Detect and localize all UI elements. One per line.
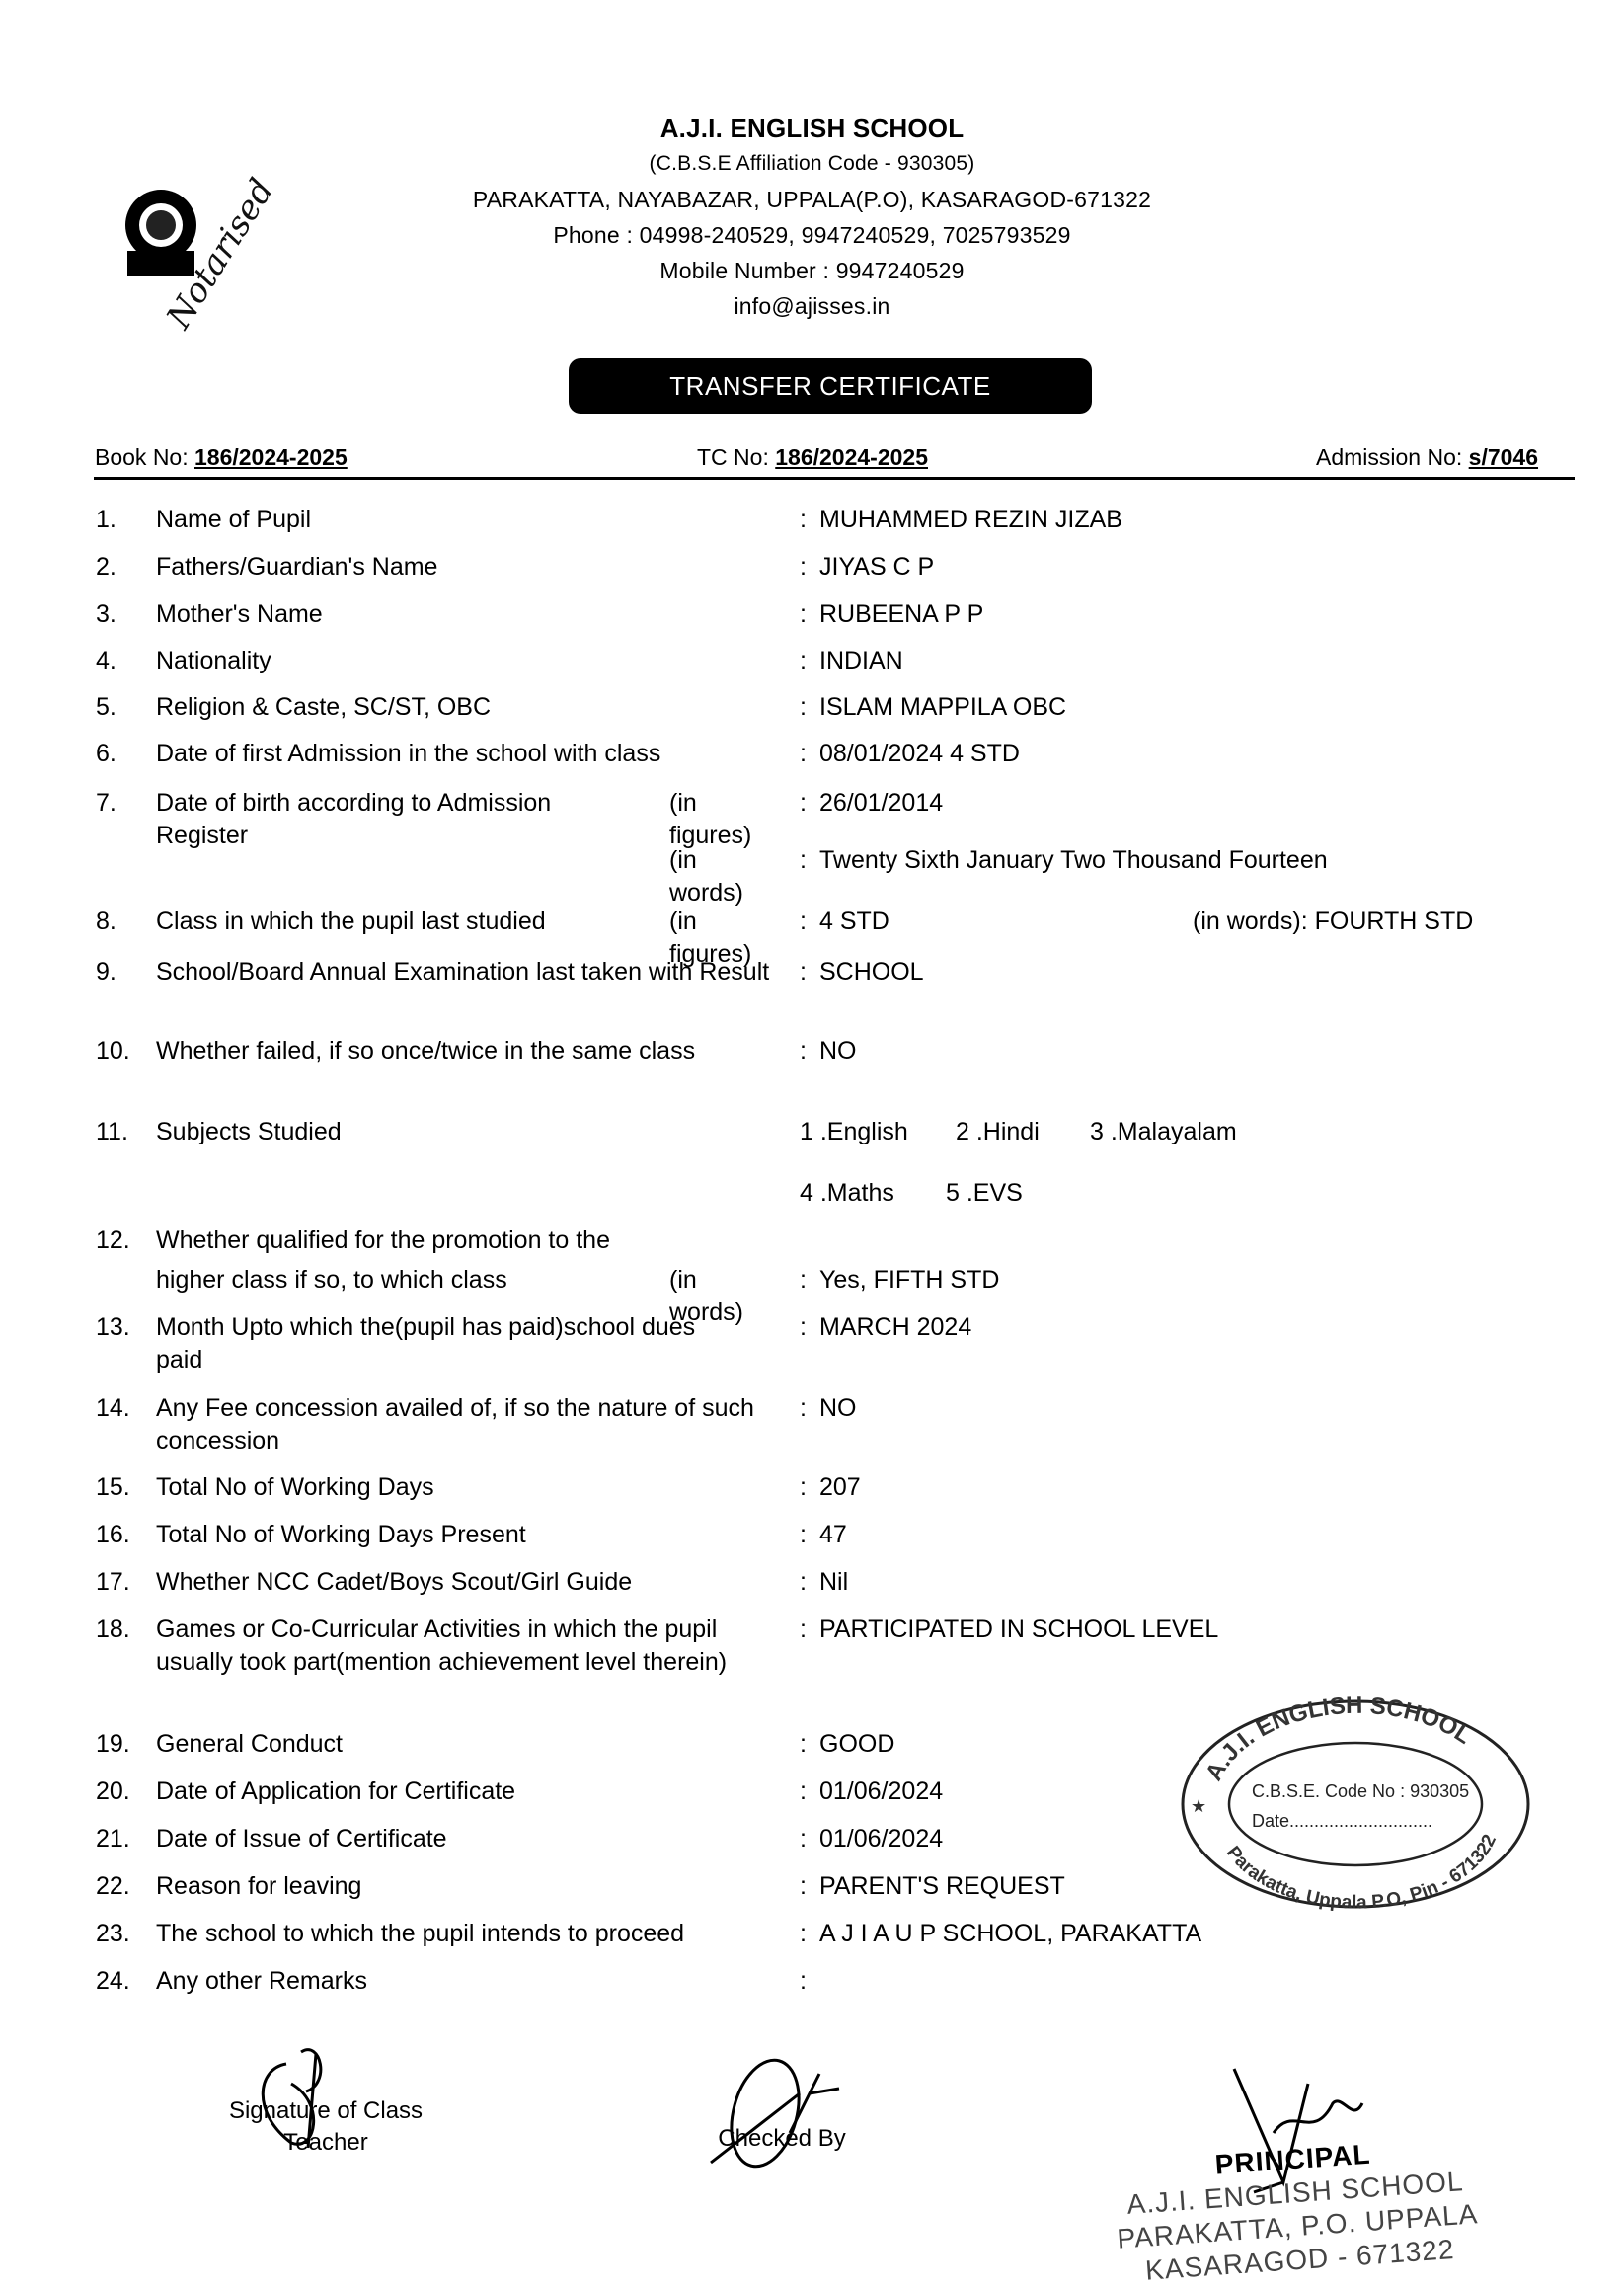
field-value: MARCH 2024 [819,1311,971,1344]
checked-by-label: Checked By [703,2123,861,2155]
field-value: 01/06/2024 [819,1775,943,1808]
field-label: Total No of Working Days [156,1471,729,1504]
field-value: ISLAM MAPPILA OBC [819,691,1066,724]
field-colon: : [800,598,807,631]
field-value: 4 STD [819,906,889,938]
subject-item: 4 .Maths [800,1177,894,1210]
field-value: PARENT'S REQUEST [819,1870,1065,1903]
field-label: Fathers/Guardian's Name [156,551,729,584]
field-colon: : [800,1392,807,1425]
admission-number: Admission No: s/7046 [1316,444,1538,471]
field-number: 11. [96,1116,155,1148]
field-value: JIYAS C P [819,551,934,584]
field-label: Date of birth according to Admission Reg… [156,787,650,852]
field-number: 24. [96,1965,155,1998]
field-colon: : [800,1614,807,1646]
class-teacher-signature-label: Signature of Class Teacher [197,2095,454,2159]
field-label: Whether failed, if so once/twice in the … [156,1035,729,1067]
field-qualifier: (in words) [669,844,743,909]
field-number: 10. [96,1035,155,1067]
field-label: Whether qualified for the promotion to t… [156,1224,729,1257]
field-number: 22. [96,1870,155,1903]
field-label: Religion & Caste, SC/ST, OBC [156,691,729,724]
field-number: 15. [96,1471,155,1504]
field-value: SCHOOL [819,956,924,988]
subject-item: 3 .Malayalam [1090,1116,1237,1148]
tc-number: TC No: 186/2024-2025 [697,444,928,471]
field-number: 21. [96,1823,155,1855]
checked-by-signature-icon [691,2054,869,2172]
field-colon: : [800,956,807,988]
field-number: 13. [96,1311,155,1344]
field-label: Name of Pupil [156,504,729,536]
field-number: 7. [96,787,155,820]
field-label: Any Fee concession availed of, if so the… [156,1392,798,1458]
field-number: 12. [96,1224,155,1257]
field-label: The school to which the pupil intends to… [156,1918,798,1950]
stamp-top-text: A.J.I. ENGLISH SCHOOL [1200,1694,1476,1785]
stamp-code-text: C.B.S.E. Code No : 930305 [1252,1781,1469,1801]
field-number: 18. [96,1614,155,1646]
affiliation-code: (C.B.S.E Affiliation Code - 930305) [0,146,1624,182]
school-phone: Phone : 04998-240529, 9947240529, 702579… [0,217,1624,253]
field-label: Total No of Working Days Present [156,1519,729,1551]
field-colon: : [800,844,807,877]
field-number: 19. [96,1728,155,1761]
stamp-bottom-text: Parakatta, Uppala P.O, Pin - 671322 [1222,1832,1501,1911]
field-qualifier: (in figures) [669,787,751,852]
field-value: MUHAMMED REZIN JIZAB [819,504,1122,536]
field-label: School/Board Annual Examination last tak… [156,956,798,988]
field-label: Reason for leaving [156,1870,729,1903]
field-number: 14. [96,1392,155,1425]
field-value: 47 [819,1519,847,1551]
field-value: 01/06/2024 [819,1823,943,1855]
subject-item: 5 .EVS [946,1177,1023,1210]
subject-item: 1 .English [800,1116,908,1148]
field-number: 1. [96,504,155,536]
school-header: A.J.I. ENGLISH SCHOOL (C.B.S.E Affiliati… [0,111,1624,324]
field-value: Nil [819,1566,848,1599]
principal-stamp: PRINCIPAL A.J.I. ENGLISH SCHOOL PARAKATT… [1112,2130,1482,2288]
field-colon: : [800,1965,807,1998]
svg-text:Parakatta, Uppala P.O, Pin - 6: Parakatta, Uppala P.O, Pin - 671322 [1222,1832,1501,1911]
school-mobile: Mobile Number : 9947240529 [0,253,1624,288]
field-colon: : [800,906,807,938]
field-colon: : [800,1566,807,1599]
field-value: Yes, FIFTH STD [819,1264,999,1297]
field-label: Month Upto which the(pupil has paid)scho… [156,1311,729,1377]
field-colon: : [800,1471,807,1504]
field-number: 5. [96,691,155,724]
field-label: Date of first Admission in the school wi… [156,738,798,770]
field-label: Any other Remarks [156,1965,729,1998]
field-colon: : [800,1823,807,1855]
field-value: PARTICIPATED IN SCHOOL LEVEL [819,1614,1218,1646]
field-value: 26/01/2014 [819,787,943,820]
field-colon: : [800,504,807,536]
field-colon: : [800,787,807,820]
field-value-in-words: (in words): FOURTH STD [1193,906,1473,938]
book-number: Book No: 186/2024-2025 [95,444,348,471]
field-label: Class in which the pupil last studied [156,906,650,938]
star-icon: ★ [1191,1796,1206,1816]
field-colon: : [800,1519,807,1551]
field-label: Subjects Studied [156,1116,729,1148]
field-label: Mother's Name [156,598,729,631]
field-value: GOOD [819,1728,894,1761]
field-colon: : [800,1728,807,1761]
field-colon: : [800,551,807,584]
field-label: Whether NCC Cadet/Boys Scout/Girl Guide [156,1566,729,1599]
field-label: Games or Co-Curricular Activities in whi… [156,1614,729,1679]
field-value: RUBEENA P P [819,598,983,631]
field-label: General Conduct [156,1728,729,1761]
stamp-date-text: Date............................. [1252,1811,1432,1831]
field-number: 8. [96,906,155,938]
field-number: 6. [96,738,155,770]
field-number: 23. [96,1918,155,1950]
field-value: 08/01/2024 4 STD [819,738,1020,770]
school-address: PARAKATTA, NAYABAZAR, UPPALA(P.O), KASAR… [0,182,1624,217]
field-colon: : [800,1775,807,1808]
field-number: 3. [96,598,155,631]
field-colon: : [800,738,807,770]
field-value: INDIAN [819,645,903,677]
field-colon: : [800,1035,807,1067]
field-number: 4. [96,645,155,677]
field-colon: : [800,1264,807,1297]
field-colon: : [800,645,807,677]
field-value: 207 [819,1471,861,1504]
header-divider [94,477,1575,480]
field-label: Date of Issue of Certificate [156,1823,729,1855]
field-colon: : [800,1311,807,1344]
field-number: 20. [96,1775,155,1808]
field-number: 16. [96,1519,155,1551]
field-number: 17. [96,1566,155,1599]
field-number: 2. [96,551,155,584]
document-title: TRANSFER CERTIFICATE [569,358,1092,414]
field-value: Twenty Sixth January Two Thousand Fourte… [819,844,1328,877]
field-label: Nationality [156,645,729,677]
field-value: NO [819,1392,857,1425]
field-colon: : [800,1918,807,1950]
field-colon: : [800,1870,807,1903]
school-email: info@ajisses.in [0,288,1624,324]
field-number: 9. [96,956,155,988]
subject-item: 2 .Hindi [956,1116,1040,1148]
svg-text:A.J.I. ENGLISH SCHOOL: A.J.I. ENGLISH SCHOOL [1200,1694,1476,1785]
field-colon: : [800,691,807,724]
school-name: A.J.I. ENGLISH SCHOOL [0,111,1624,146]
school-seal-stamp: A.J.I. ENGLISH SCHOOL Parakatta, Uppala … [1175,1694,1535,1911]
field-value: NO [819,1035,857,1067]
field-value: A J I A U P SCHOOL, PARAKATTA [819,1918,1201,1950]
field-label: Date of Application for Certificate [156,1775,729,1808]
